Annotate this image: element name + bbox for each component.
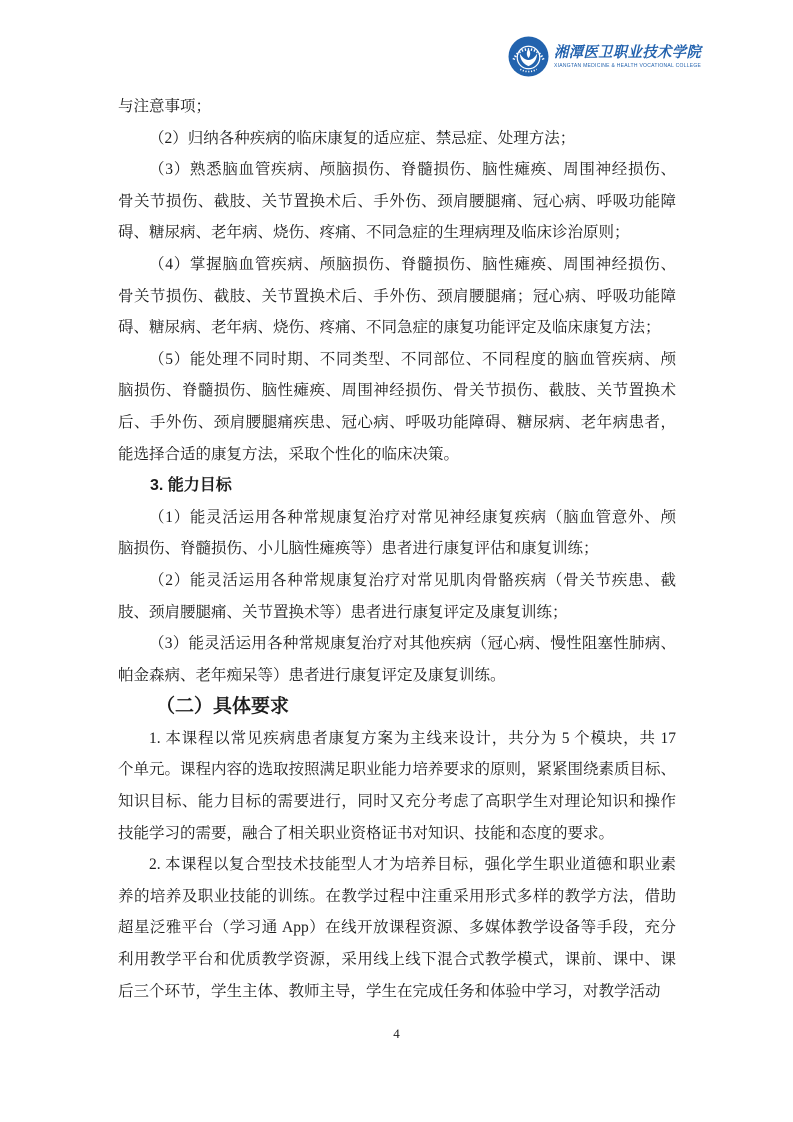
text-line: 后、手外伤、颈肩腰腿痛疾患、冠心病、呼吸功能障碍、糖尿病、老年病患者， [118,407,676,439]
text-line: （3）能灵活运用各种常规康复治疗对其他疾病（冠心病、慢性阻塞性肺病、 [118,628,676,660]
text-line: （2）能灵活运用各种常规康复治疗对常见肌肉骨骼疾病（骨关节疾患、截 [118,565,676,597]
text-line: 技能学习的需要，融合了相关职业资格证书对知识、技能和态度的要求。 [118,818,676,850]
text-line: （1）能灵活运用各种常规康复治疗对常见神经康复疾病（脑血管意外、颅 [118,502,676,534]
text-line: （4）掌握脑血管疾病、颅脑损伤、脊髓损伤、脑性瘫痪、周围神经损伤、 [118,249,676,281]
text-line: 能选择合适的康复方法，采取个性化的临床决策。 [118,439,676,471]
text-line: 骨关节损伤、截肢、关节置换术后、手外伤、颈肩腰腿痛、冠心病、呼吸功能障 [118,186,676,218]
text-line: 脑损伤、脊髓损伤、小儿脑性瘫痪等）患者进行康复评估和康复训练； [118,533,676,565]
text-line: 与注意事项； [118,91,676,123]
college-logo-text: 湘潭医卫职业技术学院 XIANGTAN MEDICINE & HEALTH VO… [554,45,709,69]
section-heading: （二）具体要求 [118,691,676,723]
text-line: 知识目标、能力目标的需要进行，同时又充分考虑了高职学生对理论知识和操作 [118,786,676,818]
text-line: （5）能处理不同时期、不同类型、不同部位、不同程度的脑血管疾病、颅 [118,344,676,376]
text-line: 利用教学平台和优质教学资源，采用线上线下混合式教学模式，课前、课中、课 [118,944,676,976]
college-emblem-icon [508,36,549,77]
text-line: 肢、颈肩腰腿痛、关节置换术等）患者进行康复评定及康复训练； [118,597,676,629]
college-name-english: XIANGTAN MEDICINE & HEALTH VOCATIONAL CO… [554,63,709,69]
document-body: 与注意事项；（2）归纳各种疾病的临床康复的适应症、禁忌症、处理方法；（3）熟悉脑… [118,91,676,1007]
text-line: 超星泛雅平台（学习通 App）在线开放课程资源、多媒体教学设备等手段，充分 [118,912,676,944]
text-line: 个单元。课程内容的选取按照满足职业能力培养要求的原则，紧紧围绕素质目标、 [118,754,676,786]
text-line: 脑损伤、脊髓损伤、脑性瘫痪、周围神经损伤、骨关节损伤、截肢、关节置换术 [118,375,676,407]
text-line: 骨关节损伤、截肢、关节置换术后、手外伤、颈肩腰腿痛；冠心病、呼吸功能障 [118,281,676,313]
text-line: 帕金森病、老年痴呆等）患者进行康复评定及康复训练。 [118,660,676,692]
text-line: 2. 本课程以复合型技术技能型人才为培养目标，强化学生职业道德和职业素 [118,849,676,881]
page-footer: 4 [0,1026,793,1042]
page-number: 4 [393,1026,400,1041]
document-page: 湘潭医卫职业技术学院 XIANGTAN MEDICINE & HEALTH VO… [0,0,793,1122]
text-line: 碍、糖尿病、老年病、烧伤、疼痛、不同急症的生理病理及临床诊治原则； [118,217,676,249]
college-name-chinese: 湘潭医卫职业技术学院 [554,45,701,62]
text-line: （3）熟悉脑血管疾病、颅脑损伤、脊髓损伤、脑性瘫痪、周围神经损伤、 [118,154,676,186]
text-line: 碍、糖尿病、老年病、烧伤、疼痛、不同急症的康复功能评定及临床康复方法； [118,312,676,344]
text-line: 后三个环节，学生主体、教师主导，学生在完成任务和体验中学习，对教学活动 [118,976,676,1008]
college-logo: 湘潭医卫职业技术学院 XIANGTAN MEDICINE & HEALTH VO… [508,36,709,77]
text-line: （2）归纳各种疾病的临床康复的适应症、禁忌症、处理方法； [118,123,676,155]
text-line: 1. 本课程以常见疾病患者康复方案为主线来设计，共分为 5 个模块，共 17 [118,723,676,755]
section-heading: 3. 能力目标 [118,470,676,502]
text-line: 养的培养及职业技能的训练。在教学过程中注重采用形式多样的教学方法，借助 [118,881,676,913]
